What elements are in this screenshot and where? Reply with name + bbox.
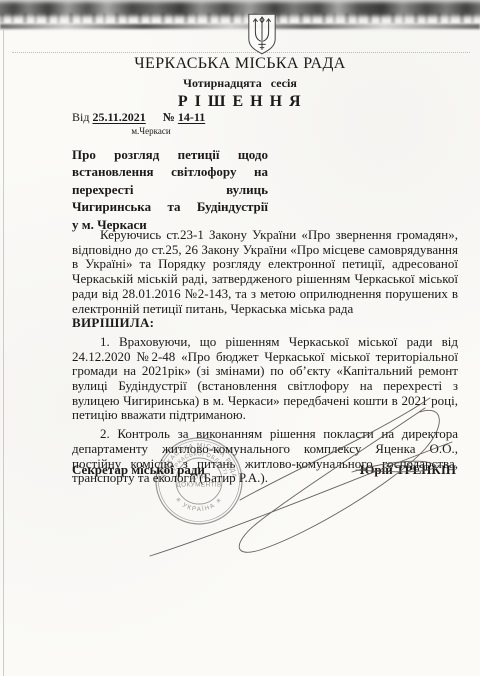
signer-name: Юрій ТРЕНКІН <box>360 462 456 478</box>
scanned-document-page: ЧЕРКАСЬКА МІСЬКА РАДА Чотирнадцята сесія… <box>0 0 480 676</box>
subject-line: перехресті вулиць <box>72 181 268 198</box>
subject-line: встановлення світлофору на <box>72 163 268 180</box>
organization-name: ЧЕРКАСЬКА МІСЬКА РАДА <box>0 55 480 73</box>
signature-row: Секретар міської ради Юрій ТРЕНКІН <box>72 462 456 478</box>
scan-edge-line <box>3 28 4 676</box>
noise-streaks <box>0 13 480 23</box>
scanner-noise-band <box>0 0 480 36</box>
document-type-title: Р І Ш Е Н Н Я <box>0 93 480 111</box>
intro-paragraph: Керуючись ст.23-1 Закону України «Про зв… <box>72 228 458 316</box>
stamp-bottom-text: ✳ УКРАЇНА ✳ <box>174 496 225 513</box>
trident-shield-icon <box>246 12 278 56</box>
scan-dotted-line <box>12 52 470 53</box>
document-body: Керуючись ст.23-1 Закону України «Про зв… <box>72 228 458 486</box>
resolution-item-1: 1. Враховуючи, що рішенням Черкаської мі… <box>72 335 458 423</box>
number-value: 14-11 <box>178 110 205 124</box>
noise-band-thin <box>0 24 480 29</box>
resolved-label: ВИРІШИЛА: <box>72 316 458 331</box>
subject-line: Чигиринська та Будіндустрії <box>72 198 268 215</box>
document-header: ЧЕРКАСЬКА МІСЬКА РАДА Чотирнадцята сесія… <box>0 55 480 111</box>
subject-block: Про розгляд петиції щодо встановлення св… <box>72 146 268 233</box>
date-value: 25.11.2021 <box>92 110 145 124</box>
signer-title: Секретар міської ради <box>72 462 205 478</box>
session-label: Чотирнадцята сесія <box>0 76 480 91</box>
date-label: Від <box>72 110 89 124</box>
number-sign: № <box>163 110 175 124</box>
svg-text:✳ УКРАЇНА ✳: ✳ УКРАЇНА ✳ <box>174 496 225 513</box>
subject-line: Про розгляд петиції щодо <box>72 146 268 163</box>
date-number-line: Від 25.11.2021 № 14-11 <box>72 110 205 125</box>
city-label: м.Черкаси <box>110 126 192 136</box>
